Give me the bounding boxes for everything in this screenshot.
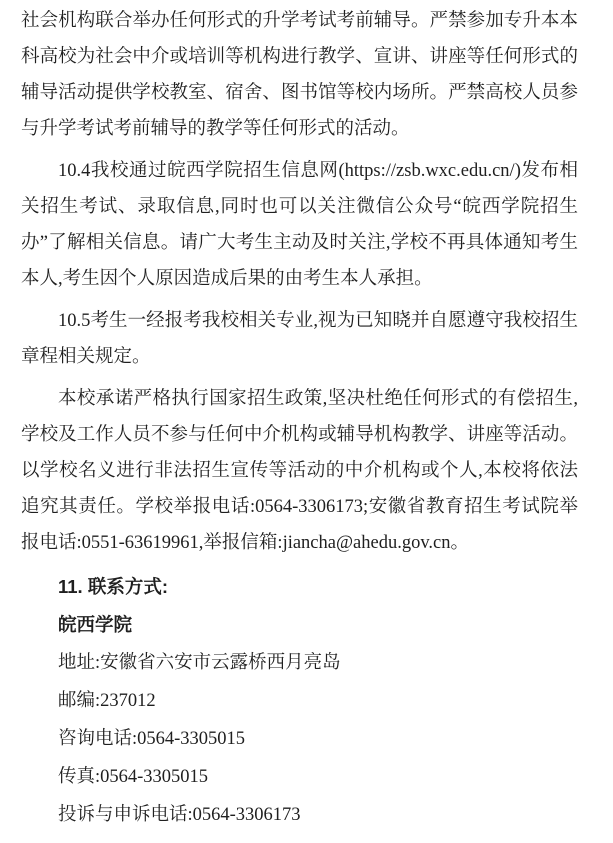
paragraph-school-commitment: 本校承诺严格执行国家招生政策,坚决杜绝任何形式的有偿招生,学校及工作人员不参与任… xyxy=(21,381,578,561)
paragraph-10-4: 10.4我校通过皖西学院招生信息网(https://zsb.wxc.edu.cn… xyxy=(21,153,578,297)
contact-postcode: 邮编:237012 xyxy=(21,683,578,719)
document-page: 社会机构联合举办任何形式的升学考试考前辅导。严禁参加专升本本科高校为社会中介或培… xyxy=(0,0,613,843)
contact-complaint-phone: 投诉与申诉电话:0564-3306173 xyxy=(21,797,578,833)
contact-fax: 传真:0564-3305015 xyxy=(21,759,578,795)
contact-consult-phone: 咨询电话:0564-3305015 xyxy=(21,721,578,757)
paragraph-continuation: 社会机构联合举办任何形式的升学考试考前辅导。严禁参加专升本本科高校为社会中介或培… xyxy=(21,3,578,147)
heading-contact-info: 11. 联系方式: xyxy=(21,569,578,605)
contact-address: 地址:安徽省六安市云露桥西月亮岛 xyxy=(21,645,578,681)
paragraph-10-5: 10.5考生一经报考我校相关专业,视为已知晓并自愿遵守我校招生章程相关规定。 xyxy=(21,303,578,375)
heading-school-name: 皖西学院 xyxy=(21,607,578,643)
